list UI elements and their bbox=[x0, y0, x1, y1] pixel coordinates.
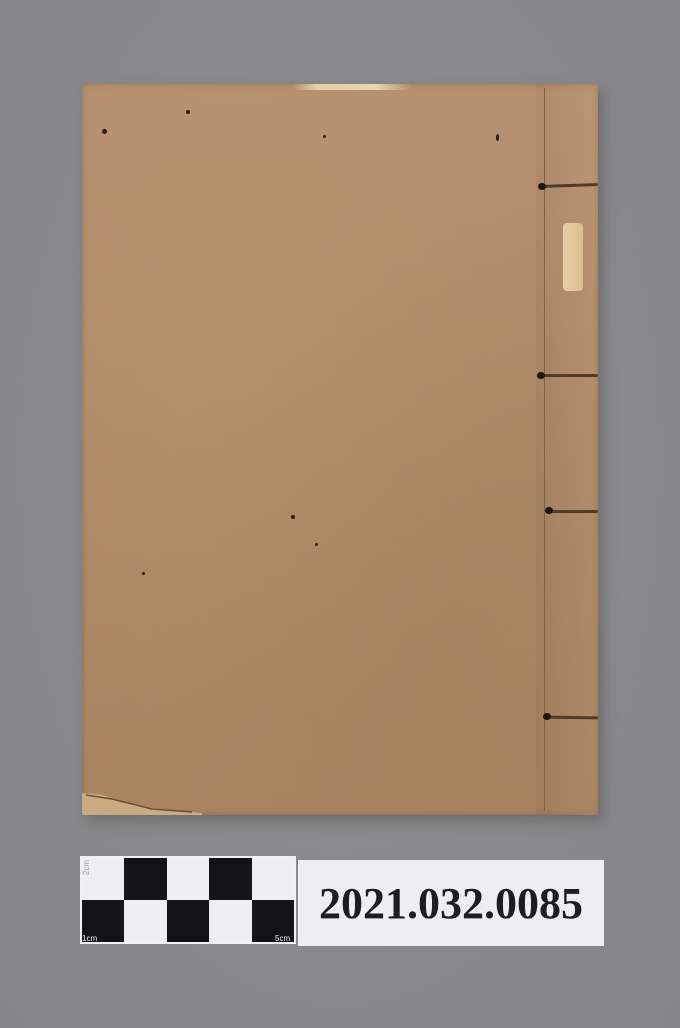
scale-cell-white bbox=[167, 858, 209, 900]
stitch-hole-1 bbox=[538, 183, 546, 190]
scale-cell-black bbox=[124, 858, 166, 900]
foxing-spot bbox=[496, 134, 499, 141]
binding-thread-3 bbox=[548, 510, 598, 513]
foxing-spot bbox=[186, 110, 190, 114]
scale-cell-white bbox=[252, 858, 294, 900]
stitch-hole-3 bbox=[545, 507, 553, 514]
scale-label-1cm: 1cm bbox=[82, 934, 97, 943]
book-cover bbox=[82, 84, 598, 815]
binding-thread-2 bbox=[540, 374, 598, 377]
spine-band bbox=[536, 84, 598, 815]
stitch-hole-4 bbox=[543, 713, 551, 720]
scale-label-5cm: 5cm bbox=[275, 934, 290, 943]
accession-number-label: 2021.032.0085 bbox=[298, 860, 604, 946]
stitch-hole-2 bbox=[537, 372, 545, 379]
top-edge-wear bbox=[292, 84, 412, 90]
color-scale-bar bbox=[80, 856, 296, 944]
accession-number: 2021.032.0085 bbox=[319, 878, 583, 929]
scale-cell-white bbox=[124, 900, 166, 942]
scale-cell-black bbox=[209, 858, 251, 900]
scale-label-2cm: 2cm bbox=[82, 860, 91, 875]
foxing-spot bbox=[323, 135, 326, 138]
scale-cell-white bbox=[209, 900, 251, 942]
scale-cell-black bbox=[167, 900, 209, 942]
foxing-spot bbox=[291, 515, 295, 519]
corner-wear bbox=[82, 789, 202, 815]
spine-fold-line bbox=[544, 88, 545, 811]
foxing-spot bbox=[315, 543, 318, 546]
foxing-spot bbox=[142, 572, 145, 575]
spine-paper-slip bbox=[563, 223, 583, 291]
foxing-spot bbox=[102, 129, 107, 134]
